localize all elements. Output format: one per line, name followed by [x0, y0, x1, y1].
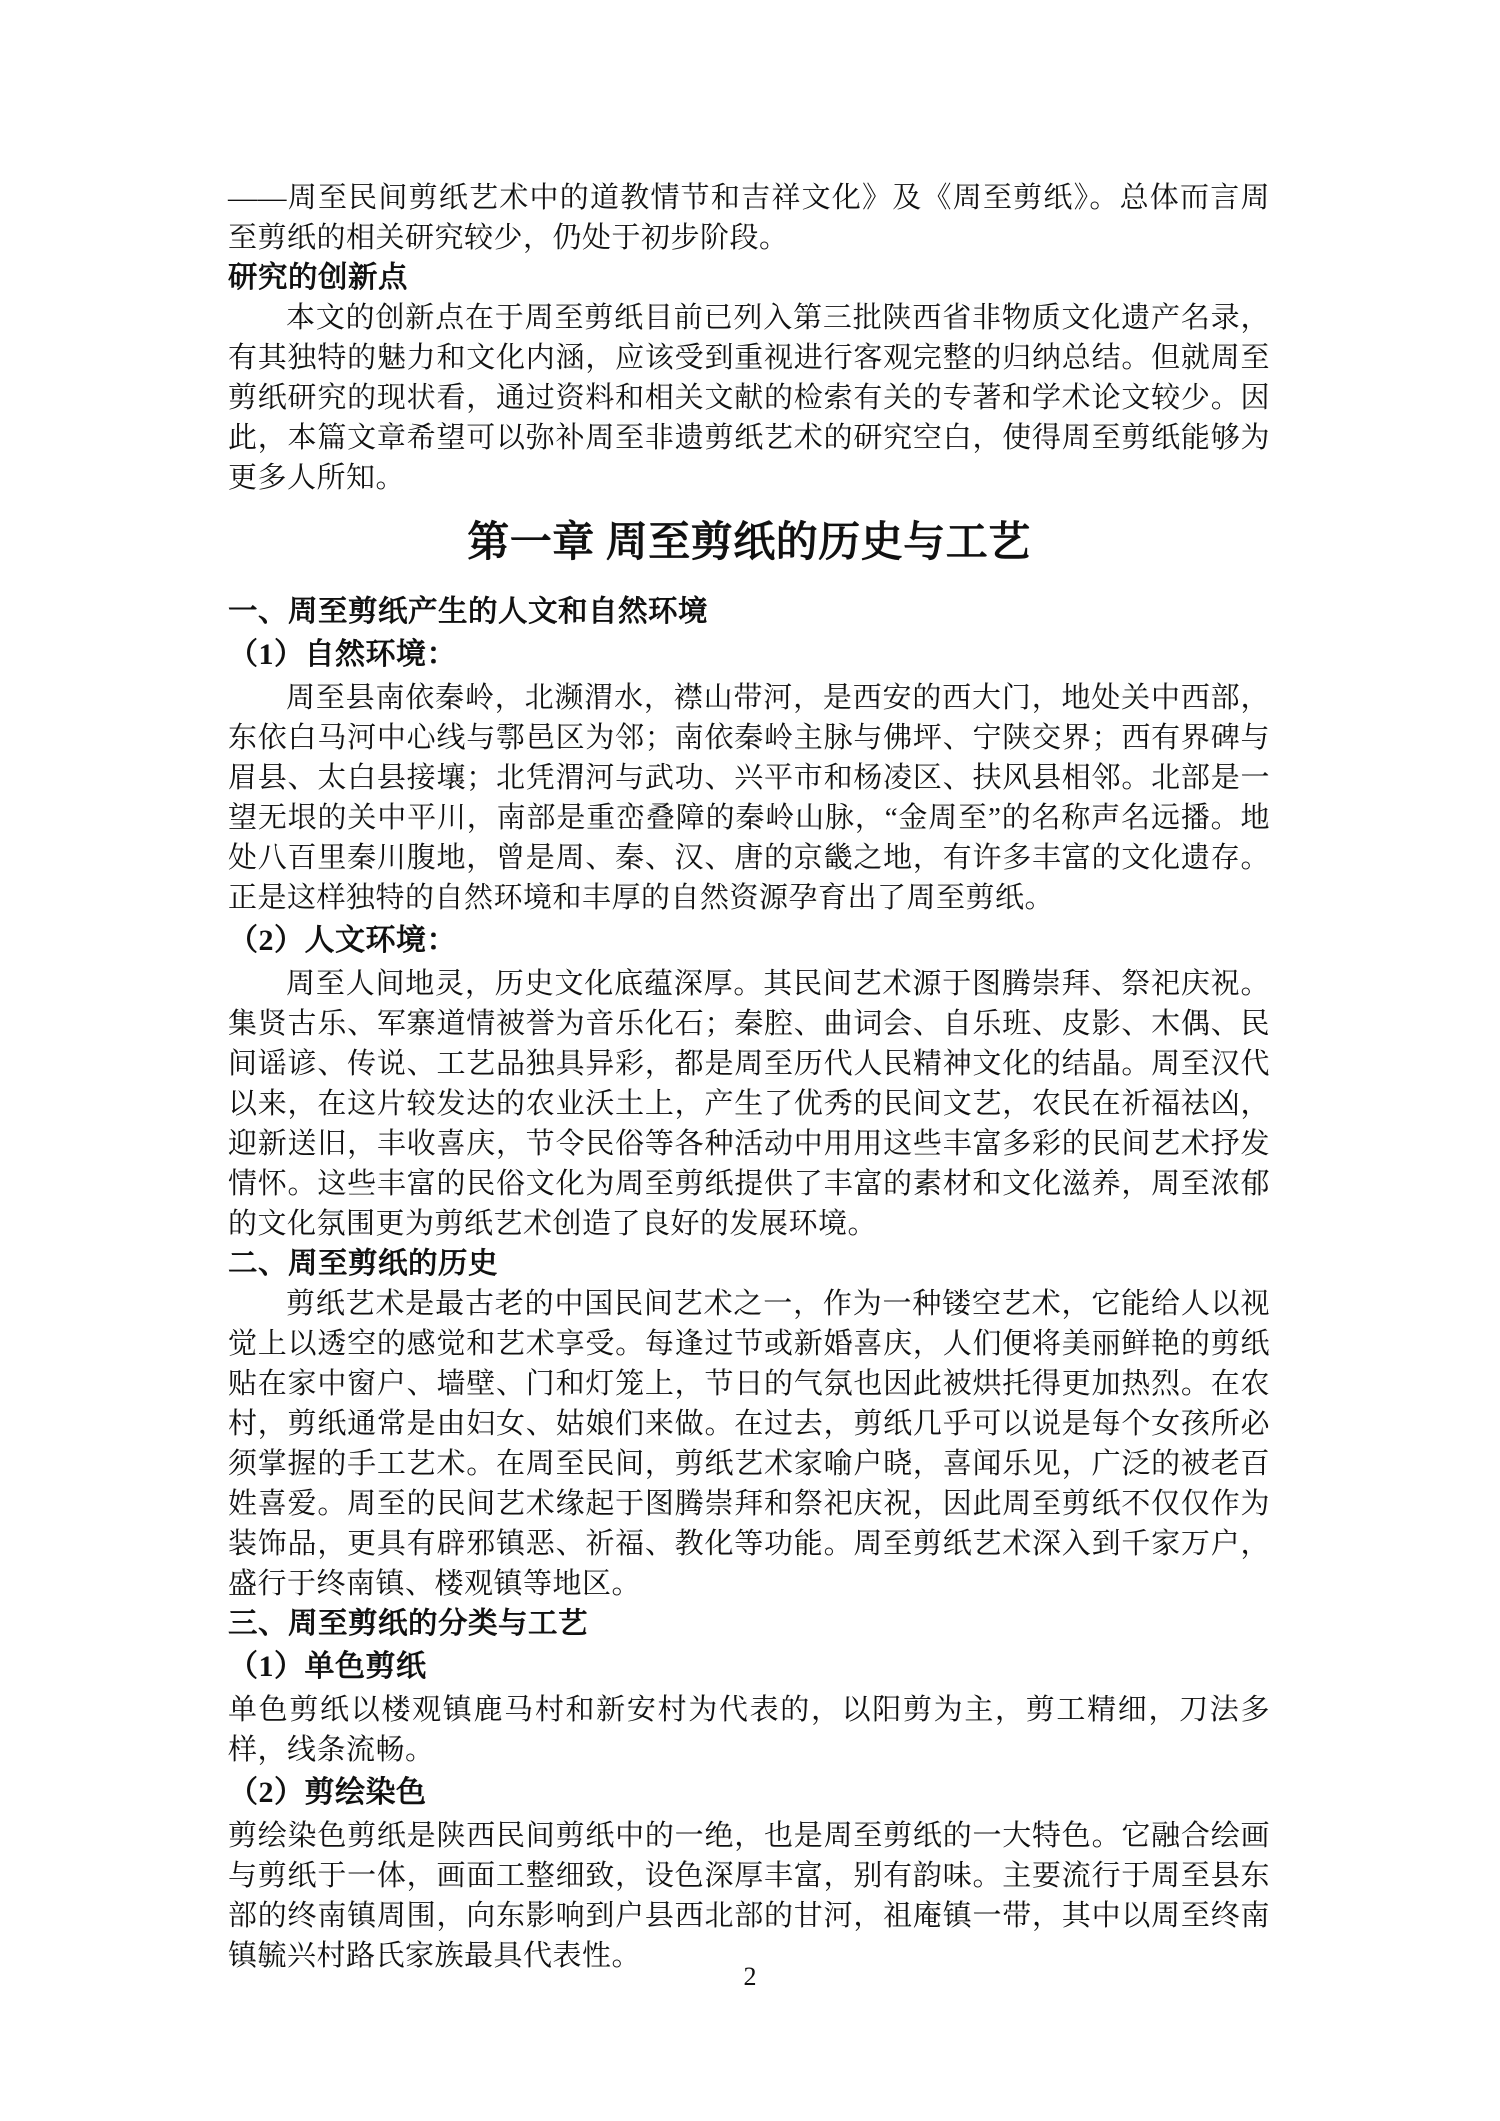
section-heading-environment: 一、周至剪纸产生的人文和自然环境 [228, 592, 1270, 632]
body-paragraph-monochrome: 单色剪纸以楼观镇鹿马村和新安村为代表的，以阳剪为主，剪工精细，刀法多样，线条流畅… [228, 1690, 1270, 1770]
body-paragraph-history: 剪纸艺术是最古老的中国民间艺术之一，作为一种镂空艺术，它能给人以视觉上以透空的感… [228, 1284, 1270, 1604]
section-heading-classification: 三、周至剪纸的分类与工艺 [228, 1604, 1270, 1644]
body-paragraph-innovation: 本文的创新点在于周至剪纸目前已列入第三批陕西省非物质文化遗产名录，有其独特的魅力… [228, 298, 1270, 498]
body-paragraph-dyed: 剪绘染色剪纸是陕西民间剪纸中的一绝，也是周至剪纸的一大特色。它融合绘画与剪纸于一… [228, 1816, 1270, 1976]
document-body: ——周至民间剪纸艺术中的道教情节和吉祥文化》及《周至剪纸》。总体而言周至剪纸的相… [228, 178, 1270, 1976]
body-paragraph-continuation: ——周至民间剪纸艺术中的道教情节和吉祥文化》及《周至剪纸》。总体而言周至剪纸的相… [228, 178, 1270, 258]
body-paragraph-natural-environment: 周至县南依秦岭，北濒渭水，襟山带河，是西安的西大门，地处关中西部，东依白马河中心… [228, 678, 1270, 918]
subsection-heading-human-environment: （2）人文环境： [228, 921, 1270, 961]
section-heading-history: 二、周至剪纸的历史 [228, 1244, 1270, 1284]
body-paragraph-human-environment: 周至人间地灵，历史文化底蕴深厚。其民间艺术源于图腾崇拜、祭祀庆祝。集贤古乐、军寨… [228, 964, 1270, 1244]
chapter-title: 第一章 周至剪纸的历史与工艺 [228, 514, 1270, 572]
page-number: 2 [0, 1960, 1500, 1994]
section-heading-innovation: 研究的创新点 [228, 258, 1270, 298]
document-page: ——周至民间剪纸艺术中的道教情节和吉祥文化》及《周至剪纸》。总体而言周至剪纸的相… [0, 0, 1500, 2121]
subsection-heading-natural-environment: （1）自然环境： [228, 635, 1270, 675]
subsection-heading-monochrome: （1）单色剪纸 [228, 1647, 1270, 1687]
subsection-heading-dyed: （2）剪绘染色 [228, 1773, 1270, 1813]
